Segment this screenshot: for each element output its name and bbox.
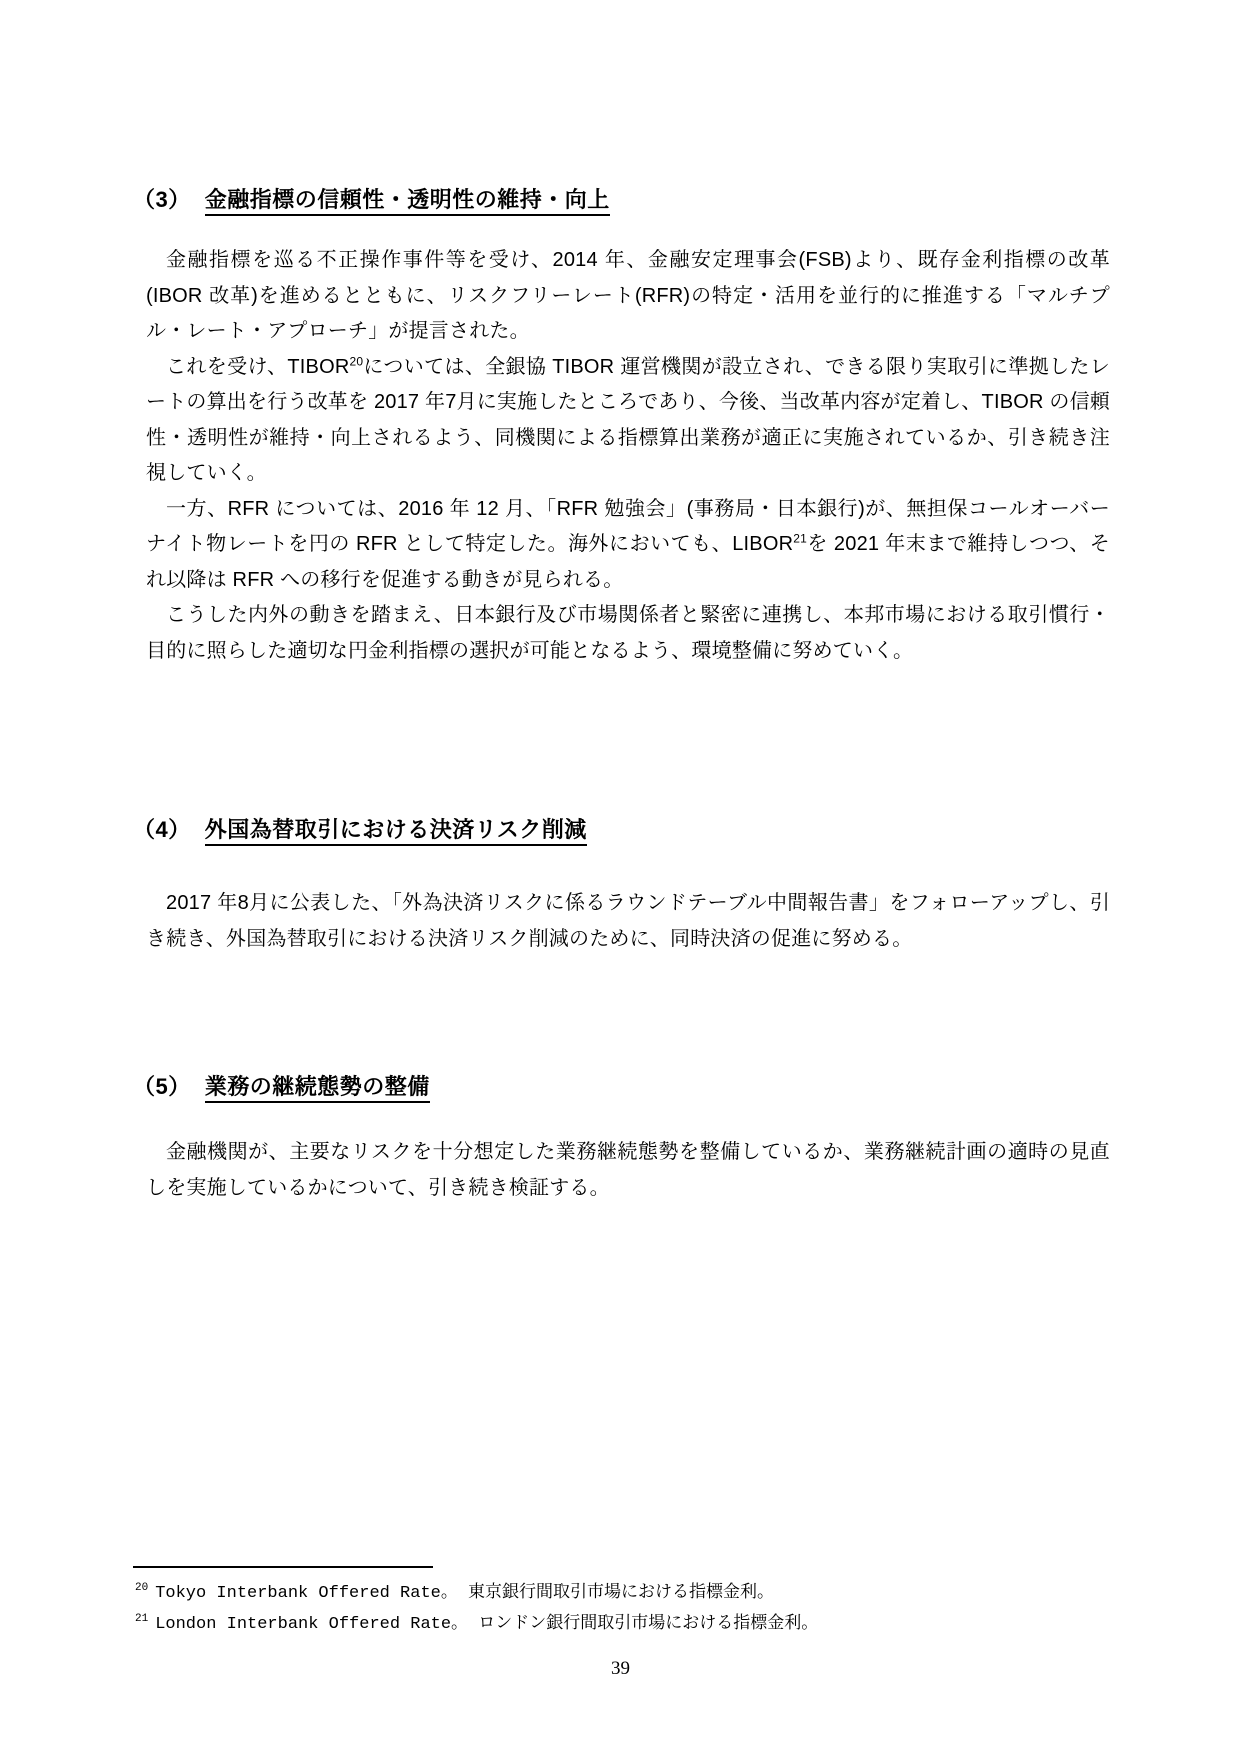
section-3-body: 金融指標を巡る不正操作事件等を受け、2014 年、金融安定理事会(FSB)より、…: [146, 243, 1110, 669]
section-3-heading: （3）金融指標の信頼性・透明性の維持・向上: [133, 185, 610, 215]
section-4-heading: （4）外国為替取引における決済リスク削減: [133, 815, 587, 845]
footnote-ref: 21: [793, 531, 807, 545]
footnote-marker: 20: [135, 1582, 148, 1594]
paragraph: こうした内外の動きを踏まえ、日本銀行及び市場関係者と緊密に連携し、本邦市場におけ…: [146, 598, 1110, 669]
footnote-20: 20Tokyo Interbank Offered Rate。 東京銀行間取引市…: [135, 1578, 1115, 1609]
section-5-title: 業務の継続態勢の整備: [205, 1074, 430, 1103]
section-5-body: 金融機関が、主要なリスクを十分想定した業務継続態勢を整備しているか、業務継続計画…: [146, 1135, 1110, 1206]
section-5-heading: （5）業務の継続態勢の整備: [133, 1072, 430, 1102]
footnotes-area: 20Tokyo Interbank Offered Rate。 東京銀行間取引市…: [135, 1578, 1115, 1640]
footnote-separator: [133, 1566, 433, 1568]
document-page: （3）金融指標の信頼性・透明性の維持・向上 金融指標を巡る不正操作事件等を受け、…: [0, 0, 1241, 1754]
section-4-body: 2017 年8月に公表した、「外為決済リスクに係るラウンドテーブル中間報告書」を…: [146, 886, 1110, 957]
footnote-text: London Interbank Offered Rate。 ロンドン銀行間取引…: [155, 1615, 818, 1634]
section-5-number: （5）: [133, 1074, 191, 1099]
footnote-marker: 21: [135, 1613, 148, 1625]
paragraph: 2017 年8月に公表した、「外為決済リスクに係るラウンドテーブル中間報告書」を…: [146, 886, 1110, 957]
footnote-ref: 20: [350, 354, 364, 368]
section-4-title: 外国為替取引における決済リスク削減: [205, 817, 587, 846]
footnote-21: 21London Interbank Offered Rate。 ロンドン銀行間…: [135, 1609, 1115, 1640]
page-number: 39: [0, 1658, 1241, 1680]
paragraph: 金融指標を巡る不正操作事件等を受け、2014 年、金融安定理事会(FSB)より、…: [146, 243, 1110, 350]
paragraph: これを受け、TIBOR20については、全銀協 TIBOR 運営機関が設立され、で…: [146, 350, 1110, 492]
section-3-number: （3）: [133, 187, 191, 212]
section-4-number: （4）: [133, 817, 191, 842]
footnote-text: Tokyo Interbank Offered Rate。 東京銀行間取引市場に…: [155, 1584, 774, 1603]
paragraph: 金融機関が、主要なリスクを十分想定した業務継続態勢を整備しているか、業務継続計画…: [146, 1135, 1110, 1206]
section-3-title: 金融指標の信頼性・透明性の維持・向上: [205, 187, 610, 216]
paragraph: 一方、RFR については、2016 年 12 月、「RFR 勉強会」(事務局・日…: [146, 492, 1110, 599]
